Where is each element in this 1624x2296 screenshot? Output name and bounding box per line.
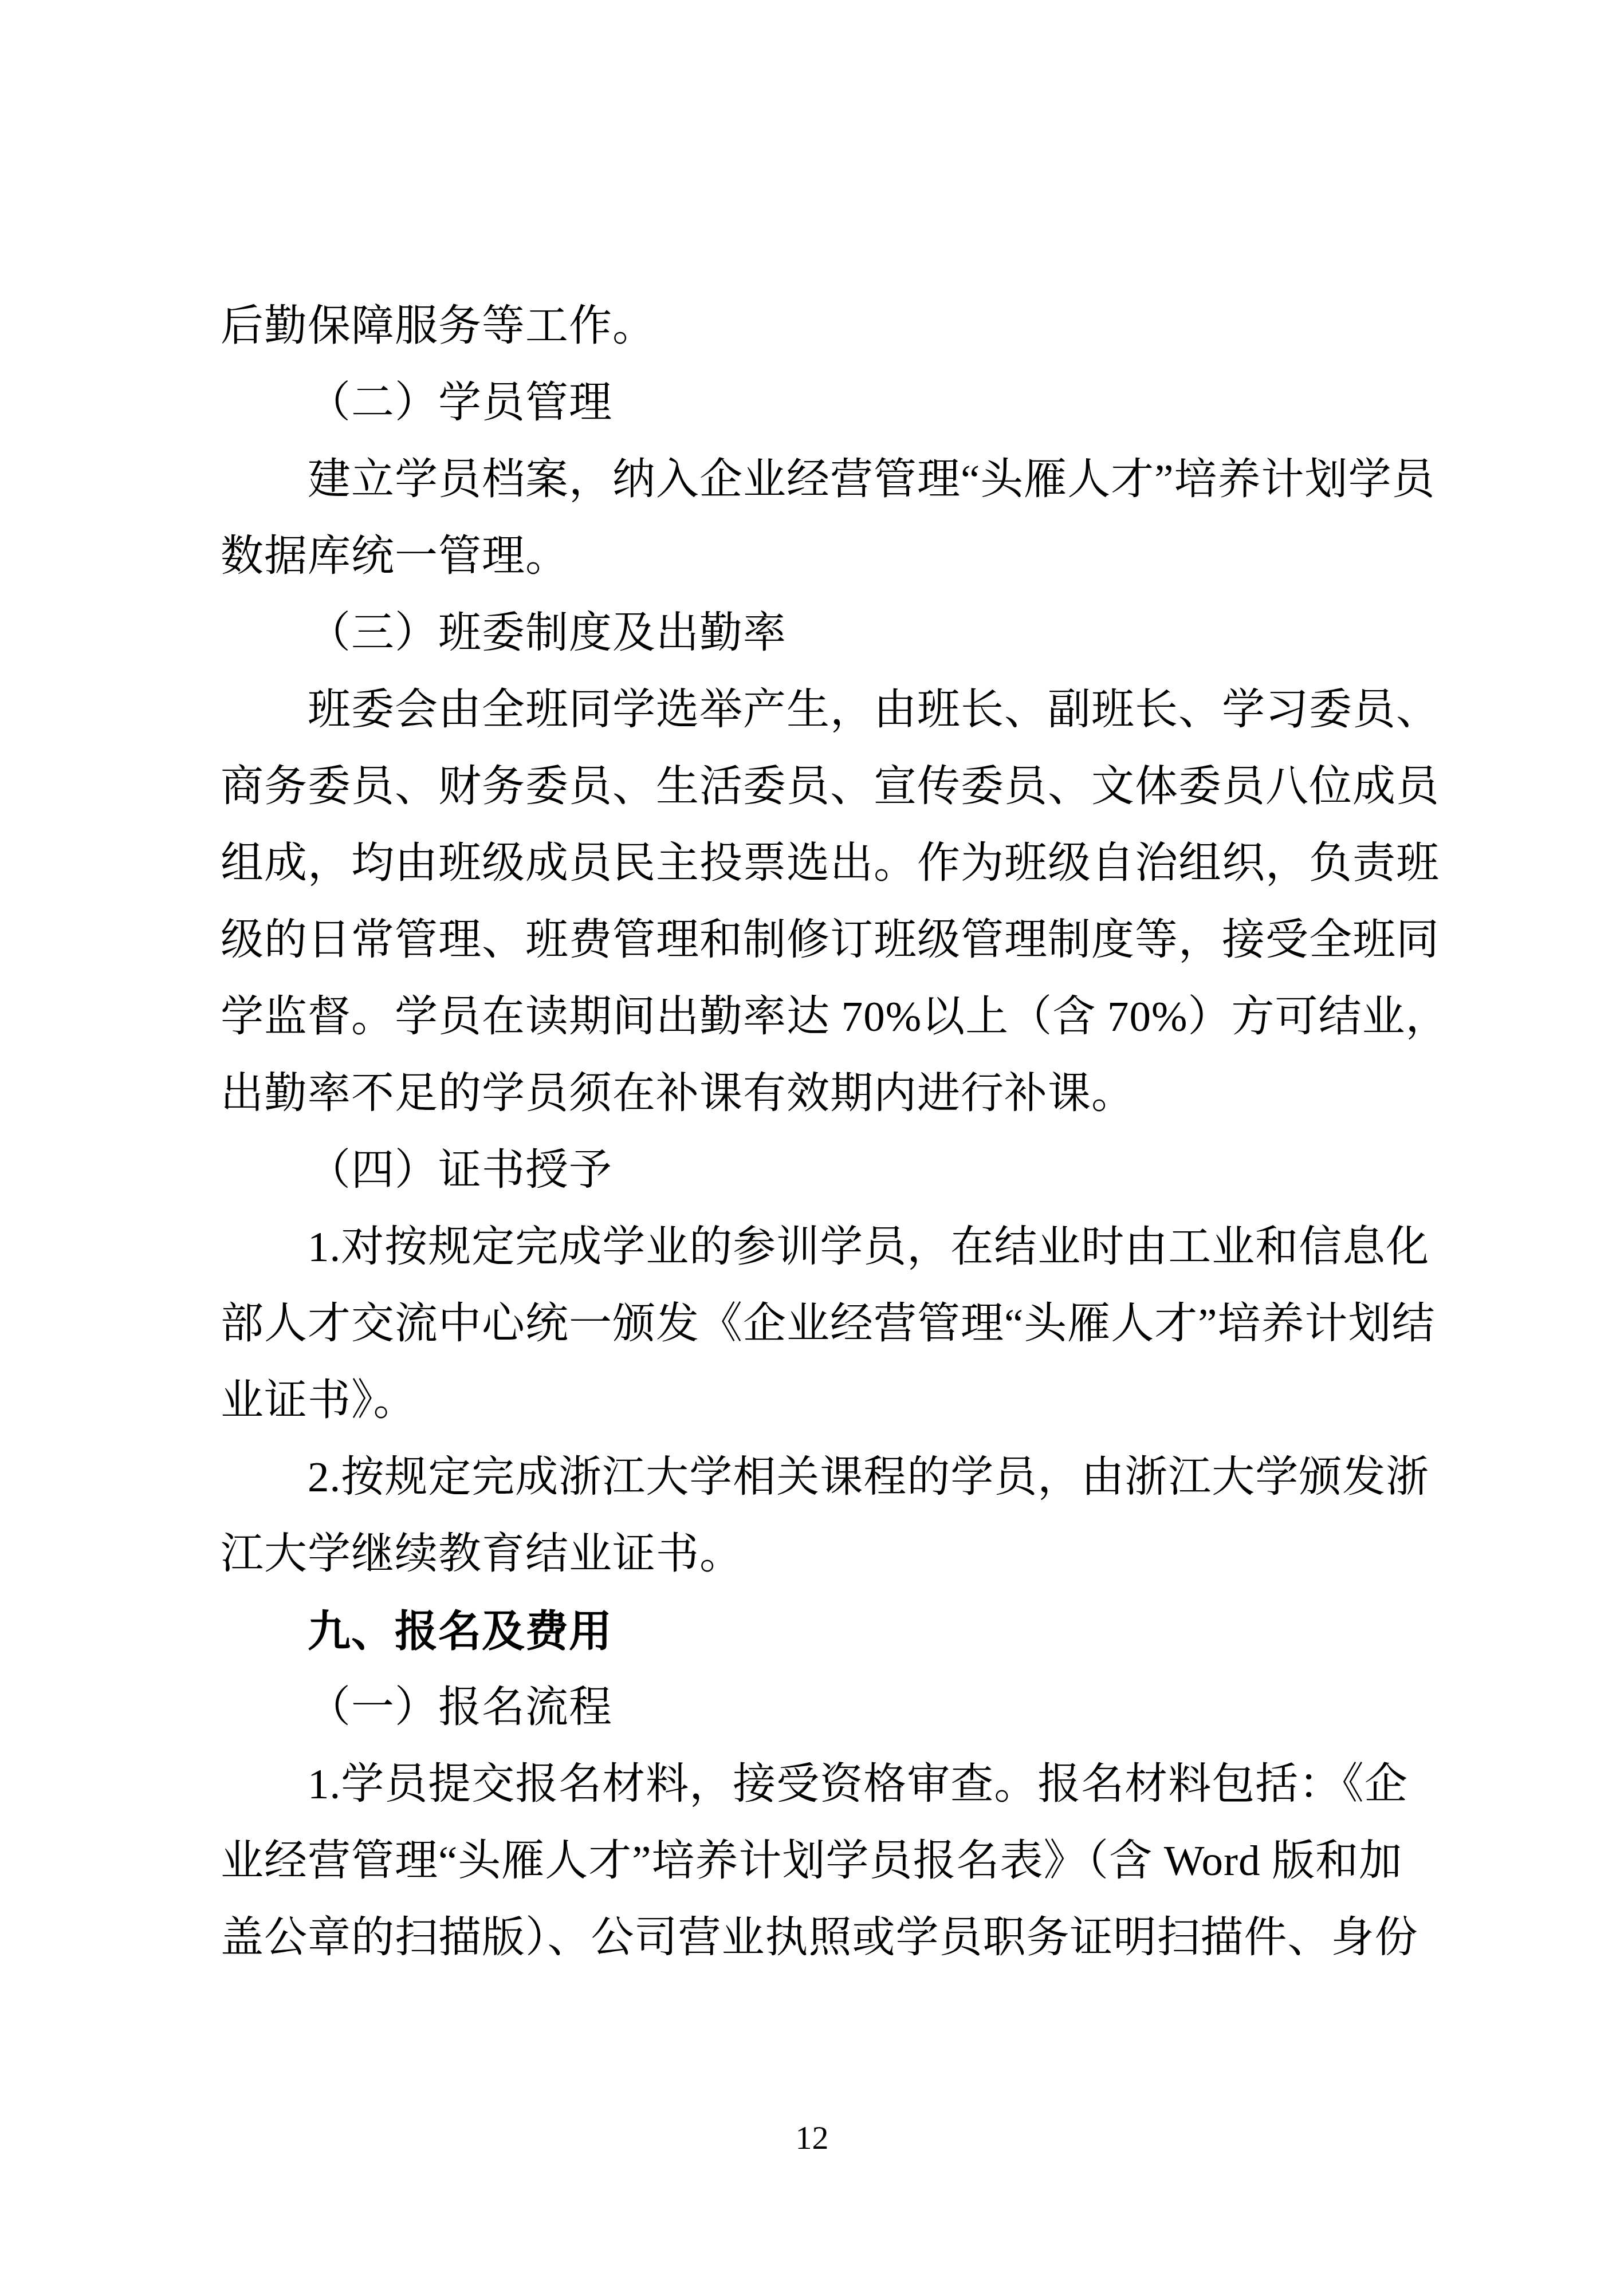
text-line: 江大学继续教育结业证书。 [221, 1516, 1429, 1593]
text-line: 学监督。学员在读期间出勤率达 70%以上（含 70%）方可结业， [221, 979, 1429, 1056]
text-line: 1.对按规定完成学业的参训学员，在结业时由工业和信息化 [221, 1209, 1429, 1286]
text-line: 业经营管理“头雁人才”培养计划学员报名表》（含 Word 版和加 [221, 1823, 1429, 1900]
text-line: 2.按规定完成浙江大学相关课程的学员，由浙江大学颁发浙 [221, 1439, 1429, 1516]
text-line: 盖公章的扫描版）、公司营业执照或学员职务证明扫描件、身份 [221, 1900, 1429, 1976]
document-page: 后勤保障服务等工作。（二）学员管理建立学员档案，纳入企业经营管理“头雁人才”培养… [0, 0, 1624, 2296]
text-line: 部人才交流中心统一颁发《企业经营管理“头雁人才”培养计划结 [221, 1286, 1429, 1362]
text-line: 商务委员、财务委员、生活委员、宣传委员、文体委员八位成员 [221, 749, 1429, 825]
text-line: 建立学员档案，纳入企业经营管理“头雁人才”培养计划学员 [221, 442, 1429, 518]
text-line: 后勤保障服务等工作。 [221, 288, 1429, 365]
text-line: 组成，均由班级成员民主投票选出。作为班级自治组织，负责班 [221, 825, 1429, 902]
text-line: 级的日常管理、班费管理和制修订班级管理制度等，接受全班同 [221, 902, 1429, 979]
text-line: （四）证书授予 [221, 1132, 1429, 1209]
text-line: 出勤率不足的学员须在补课有效期内进行补课。 [221, 1056, 1429, 1132]
text-line: （二）学员管理 [221, 365, 1429, 442]
text-line: 班委会由全班同学选举产生，由班长、副班长、学习委员、 [221, 672, 1429, 749]
text-line: 数据库统一管理。 [221, 518, 1429, 595]
text-line: 九、报名及费用 [221, 1593, 1429, 1669]
text-line: 1.学员提交报名材料，接受资格审查。报名材料包括：《企 [221, 1746, 1429, 1823]
text-line: （三）班委制度及出勤率 [221, 595, 1429, 672]
document-body: 后勤保障服务等工作。（二）学员管理建立学员档案，纳入企业经营管理“头雁人才”培养… [221, 288, 1429, 1976]
text-line: （一）报名流程 [221, 1669, 1429, 1746]
page-number: 12 [0, 2118, 1624, 2158]
text-line: 业证书》。 [221, 1362, 1429, 1439]
